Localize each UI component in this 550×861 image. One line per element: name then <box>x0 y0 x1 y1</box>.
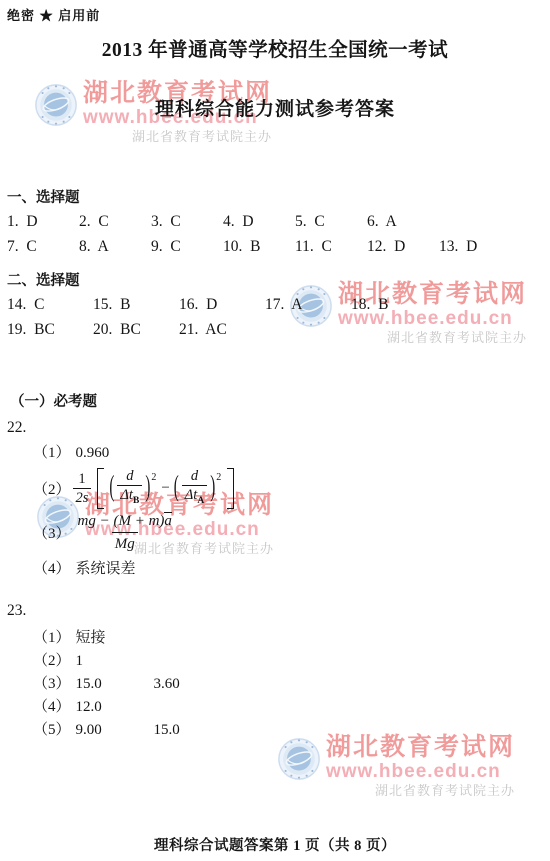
q22-item-4: （4）系统误差 <box>33 560 550 578</box>
q22-item-3-formula: （3） mg − (M + m)a Mg <box>33 512 550 553</box>
item-label: （2） <box>33 653 71 669</box>
q23-item-3: （3）15.03.60 <box>33 673 550 696</box>
exponent: 2 <box>151 472 156 483</box>
answer-item: 13. D <box>439 235 511 258</box>
section1-heading: 一、选择题 <box>7 189 550 207</box>
answer-item: 6. A <box>367 210 439 233</box>
answer-item: 19. BC <box>7 318 93 341</box>
page-title: 2013 年普通高等学校招生全国统一考试 <box>0 39 550 63</box>
page-subtitle: 理科综合能力测试参考答案 <box>0 99 550 121</box>
item-label: （1） <box>33 445 71 461</box>
left-paren: ( <box>109 471 114 505</box>
item-value-2: 3.60 <box>154 676 180 692</box>
item-value: 1 <box>76 650 154 673</box>
answers-row: 19. BC 20. BC 21. AC <box>7 318 550 341</box>
answer-item: 7. C <box>7 235 79 258</box>
item-label: （3） <box>33 522 71 543</box>
answer-item: 5. C <box>295 210 367 233</box>
item-value-2: 15.0 <box>154 722 180 738</box>
right-paren: ) <box>145 471 150 505</box>
fraction-numerator: 1 <box>75 471 88 488</box>
answer-item: 9. C <box>151 235 223 258</box>
a-bar: a <box>164 512 172 529</box>
answer-item: 11. C <box>295 235 367 258</box>
answers-row: 14. C 15. B 16. D 17. A 18. B <box>7 293 550 316</box>
q23-item-2: （2）1 <box>33 650 550 673</box>
answer-item: 4. D <box>223 210 295 233</box>
fraction: mg − (M + m)a Mg <box>73 512 177 553</box>
answer-item: 16. D <box>179 293 265 316</box>
fraction-numerator: d <box>188 468 201 485</box>
item-value: 系统误差 <box>76 561 136 577</box>
question23-number: 23. <box>7 602 550 620</box>
answer-item: 20. BC <box>93 318 179 341</box>
q22-item-1: （1）0.960 <box>33 444 550 462</box>
answer-item: 21. AC <box>179 318 265 341</box>
part1-heading: （一）必考题 <box>10 393 550 411</box>
security-label: 绝密 ★ 启用前 <box>7 5 550 24</box>
right-bracket <box>227 468 234 509</box>
right-paren: ) <box>210 471 215 505</box>
fraction-denominator: 2s <box>73 488 92 506</box>
item-label: （5） <box>33 722 71 738</box>
fraction-denominator: Mg <box>112 532 138 553</box>
question22-number: 22. <box>7 419 550 437</box>
answer-item: 2. C <box>79 210 151 233</box>
numerator-main: mg − (M + m) <box>78 513 165 529</box>
watermark-url: www.hbee.edu.cn <box>326 761 515 782</box>
item-label: （3） <box>33 676 71 692</box>
exam-answer-page: 湖北教育考试网 www.hbee.edu.cn 湖北省教育考试院主办 湖北教育考… <box>0 0 550 861</box>
watermark-text: 湖北教育考试网 www.hbee.edu.cn 湖北省教育考试院主办 <box>326 734 515 799</box>
q23-item-5: （5）9.0015.0 <box>33 719 550 742</box>
left-bracket <box>97 468 104 509</box>
fraction: d ΔtA <box>182 468 207 509</box>
answer-item: 14. C <box>7 293 93 316</box>
item-value: 9.00 <box>76 719 154 742</box>
fraction-numerator: mg − (M + m)a <box>73 512 177 532</box>
item-label: （2） <box>33 478 71 499</box>
answer-item: 10. B <box>223 235 295 258</box>
left-paren: ( <box>174 471 179 505</box>
subscript-B: B <box>133 496 139 506</box>
q22-item-2-formula: （2） 1 2s ( d ΔtB ) 2 − ( d ΔtA ) 2 <box>33 468 550 509</box>
minus-sign: − <box>161 480 169 497</box>
section2-heading: 二、选择题 <box>7 272 550 290</box>
subscript-A: A <box>197 496 204 506</box>
fraction-denominator: ΔtA <box>182 485 207 509</box>
answer-item: 12. D <box>367 235 439 258</box>
delta-t: Δt <box>185 487 198 503</box>
page-footer: 理科综合试题答案第 1 页（共 8 页） <box>0 834 550 855</box>
fraction-denominator: ΔtB <box>117 485 142 509</box>
item-value: 12.0 <box>76 696 154 719</box>
exponent: 2 <box>216 472 221 483</box>
globe-badge-icon <box>277 737 321 781</box>
q23-item-1: （1）短接 <box>33 627 550 650</box>
item-value: 15.0 <box>76 673 154 696</box>
document-content: 绝密 ★ 启用前 2013 年普通高等学校招生全国统一考试 理科综合能力测试参考… <box>0 5 550 742</box>
answer-item: 3. C <box>151 210 223 233</box>
watermark: 湖北教育考试网 www.hbee.edu.cn 湖北省教育考试院主办 <box>277 734 515 799</box>
fraction-numerator: d <box>123 468 136 485</box>
answer-item: 15. B <box>93 293 179 316</box>
item-value: 0.960 <box>76 445 110 461</box>
item-label: （4） <box>33 561 71 577</box>
item-label: （1） <box>33 630 71 646</box>
q23-item-4: （4）12.0 <box>33 696 550 719</box>
answers-row: 1. D 2. C 3. C 4. D 5. C 6. A <box>7 210 550 233</box>
answer-item: 8. A <box>79 235 151 258</box>
answer-item: 18. B <box>351 293 437 316</box>
fraction: d ΔtB <box>117 468 142 509</box>
item-label: （4） <box>33 699 71 715</box>
fraction: 1 2s <box>73 471 92 506</box>
delta-t: Δt <box>120 487 133 503</box>
answer-item: 1. D <box>7 210 79 233</box>
answer-item: 17. A <box>265 293 351 316</box>
answers-row: 7. C 8. A 9. C 10. B 11. C 12. D 13. D <box>7 235 550 258</box>
watermark-host: 湖北省教育考试院主办 <box>375 782 515 799</box>
item-value: 短接 <box>76 627 154 650</box>
